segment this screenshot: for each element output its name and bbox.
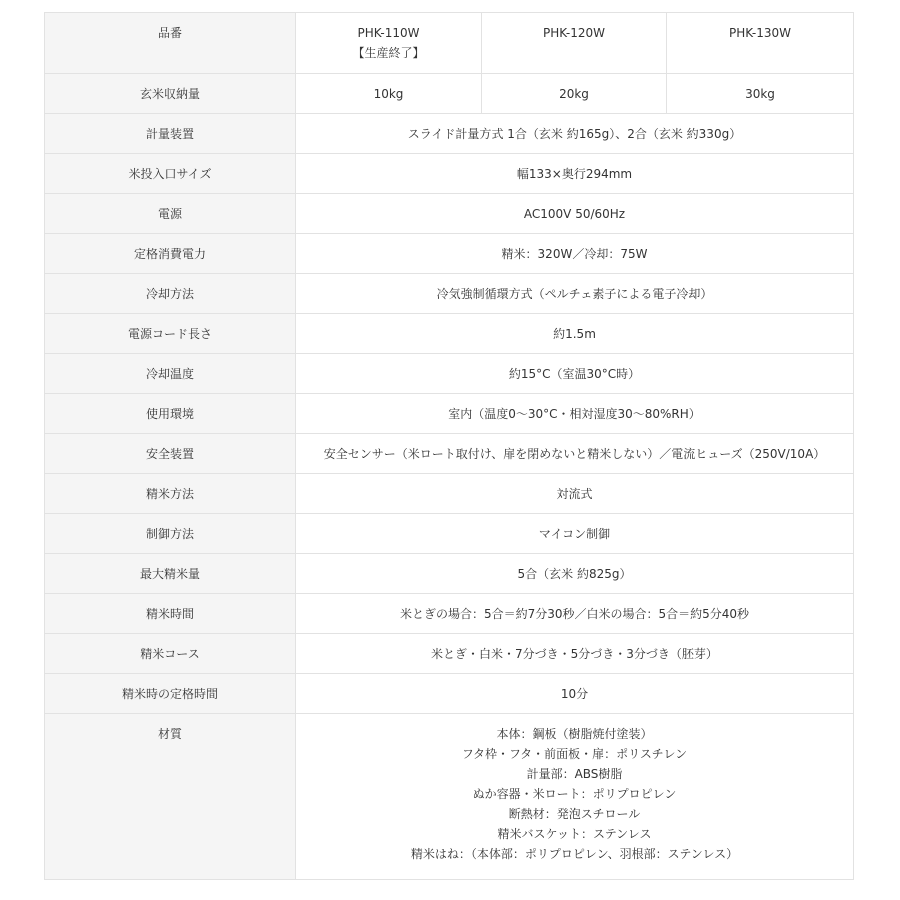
row-label: 精米時の定格時間 xyxy=(45,674,296,714)
row-label: 安全装置 xyxy=(45,434,296,474)
row-value: 5合（玄米 約825g） xyxy=(296,554,854,594)
table-row: 最大精米量 5合（玄米 約825g） xyxy=(45,554,854,594)
row-value: 約15°C（室温30°C時） xyxy=(296,354,854,394)
table-row: 電源コード長さ 約1.5m xyxy=(45,314,854,354)
model-name: PHK-120W xyxy=(488,23,660,43)
row-label: 定格消費電力 xyxy=(45,234,296,274)
row-value: 30kg xyxy=(667,74,854,114)
row-label: 精米コース xyxy=(45,634,296,674)
table-row: 精米方法 対流式 xyxy=(45,474,854,514)
material-line: 精米バスケット：ステンレス xyxy=(302,824,847,844)
material-list: 本体：鋼板（樹脂焼付塗装） フタ枠・フタ・前面板・扉：ポリスチレン 計量部：AB… xyxy=(296,714,854,880)
table-row: 定格消費電力 精米：320W／冷却：75W xyxy=(45,234,854,274)
material-line: ぬか容器・米ロート：ポリプロピレン xyxy=(302,784,847,804)
row-label: 品番 xyxy=(45,13,296,74)
table-row: 精米時間 米とぎの場合：5合＝約7分30秒／白米の場合：5合＝約5分40秒 xyxy=(45,594,854,634)
material-line: フタ枠・フタ・前面板・扉：ポリスチレン xyxy=(302,744,847,764)
model-cell: PHK-110W 【生産終了】 xyxy=(296,13,482,74)
table-row: 使用環境 室内（温度0〜30°C・相対湿度30〜80%RH） xyxy=(45,394,854,434)
row-label: 使用環境 xyxy=(45,394,296,434)
row-value: 米とぎの場合：5合＝約7分30秒／白米の場合：5合＝約5分40秒 xyxy=(296,594,854,634)
table-row: 安全装置 安全センサー（米ロート取付け、扉を閉めないと精米しない）／電流ヒューズ… xyxy=(45,434,854,474)
model-name: PHK-110W xyxy=(302,23,475,43)
row-label: 電源コード長さ xyxy=(45,314,296,354)
row-label: 精米方法 xyxy=(45,474,296,514)
discontinued-badge: 【生産終了】 xyxy=(302,43,475,63)
row-label: 精米時間 xyxy=(45,594,296,634)
row-label: 冷却温度 xyxy=(45,354,296,394)
row-value: AC100V 50/60Hz xyxy=(296,194,854,234)
row-label: 最大精米量 xyxy=(45,554,296,594)
table-row: 精米時の定格時間 10分 xyxy=(45,674,854,714)
table-row: 冷却温度 約15°C（室温30°C時） xyxy=(45,354,854,394)
material-row: 材質 本体：鋼板（樹脂焼付塗装） フタ枠・フタ・前面板・扉：ポリスチレン 計量部… xyxy=(45,714,854,880)
table-row: 米投入口サイズ 幅133×奥行294mm xyxy=(45,154,854,194)
row-value: 20kg xyxy=(482,74,667,114)
model-cell: PHK-120W xyxy=(482,13,667,74)
row-label: 玄米収納量 xyxy=(45,74,296,114)
row-value: 米とぎ・白米・7分づき・5分づき・3分づき（胚芽） xyxy=(296,634,854,674)
model-number-row: 品番 PHK-110W 【生産終了】 PHK-120W PHK-130W xyxy=(45,13,854,74)
model-cell: PHK-130W xyxy=(667,13,854,74)
row-label: 材質 xyxy=(45,714,296,880)
row-label: 電源 xyxy=(45,194,296,234)
row-label: 計量装置 xyxy=(45,114,296,154)
row-value: 対流式 xyxy=(296,474,854,514)
table-row: 計量装置 スライド計量方式 1合（玄米 約165g）、2合（玄米 約330g） xyxy=(45,114,854,154)
row-value: 10kg xyxy=(296,74,482,114)
material-line: 計量部：ABS樹脂 xyxy=(302,764,847,784)
row-value: マイコン制御 xyxy=(296,514,854,554)
row-value: 冷気強制循環方式（ペルチェ素子による電子冷却） xyxy=(296,274,854,314)
material-line: 断熱材：発泡スチロール xyxy=(302,804,847,824)
table-row: 制御方法 マイコン制御 xyxy=(45,514,854,554)
material-line: 本体：鋼板（樹脂焼付塗装） xyxy=(302,724,847,744)
row-value: 幅133×奥行294mm xyxy=(296,154,854,194)
row-value: 約1.5m xyxy=(296,314,854,354)
spec-table: 品番 PHK-110W 【生産終了】 PHK-120W PHK-130W 玄米収… xyxy=(44,12,854,880)
capacity-row: 玄米収納量 10kg 20kg 30kg xyxy=(45,74,854,114)
table-row: 精米コース 米とぎ・白米・7分づき・5分づき・3分づき（胚芽） xyxy=(45,634,854,674)
material-line: 精米はね：（本体部：ポリプロピレン、羽根部：ステンレス） xyxy=(302,844,847,864)
model-name: PHK-130W xyxy=(673,23,847,43)
row-value: 精米：320W／冷却：75W xyxy=(296,234,854,274)
row-value: 10分 xyxy=(296,674,854,714)
row-value: スライド計量方式 1合（玄米 約165g）、2合（玄米 約330g） xyxy=(296,114,854,154)
table-row: 冷却方法 冷気強制循環方式（ペルチェ素子による電子冷却） xyxy=(45,274,854,314)
row-label: 制御方法 xyxy=(45,514,296,554)
table-row: 電源 AC100V 50/60Hz xyxy=(45,194,854,234)
row-value: 安全センサー（米ロート取付け、扉を閉めないと精米しない）／電流ヒューズ（250V… xyxy=(296,434,854,474)
row-label: 冷却方法 xyxy=(45,274,296,314)
row-value: 室内（温度0〜30°C・相対湿度30〜80%RH） xyxy=(296,394,854,434)
row-label: 米投入口サイズ xyxy=(45,154,296,194)
